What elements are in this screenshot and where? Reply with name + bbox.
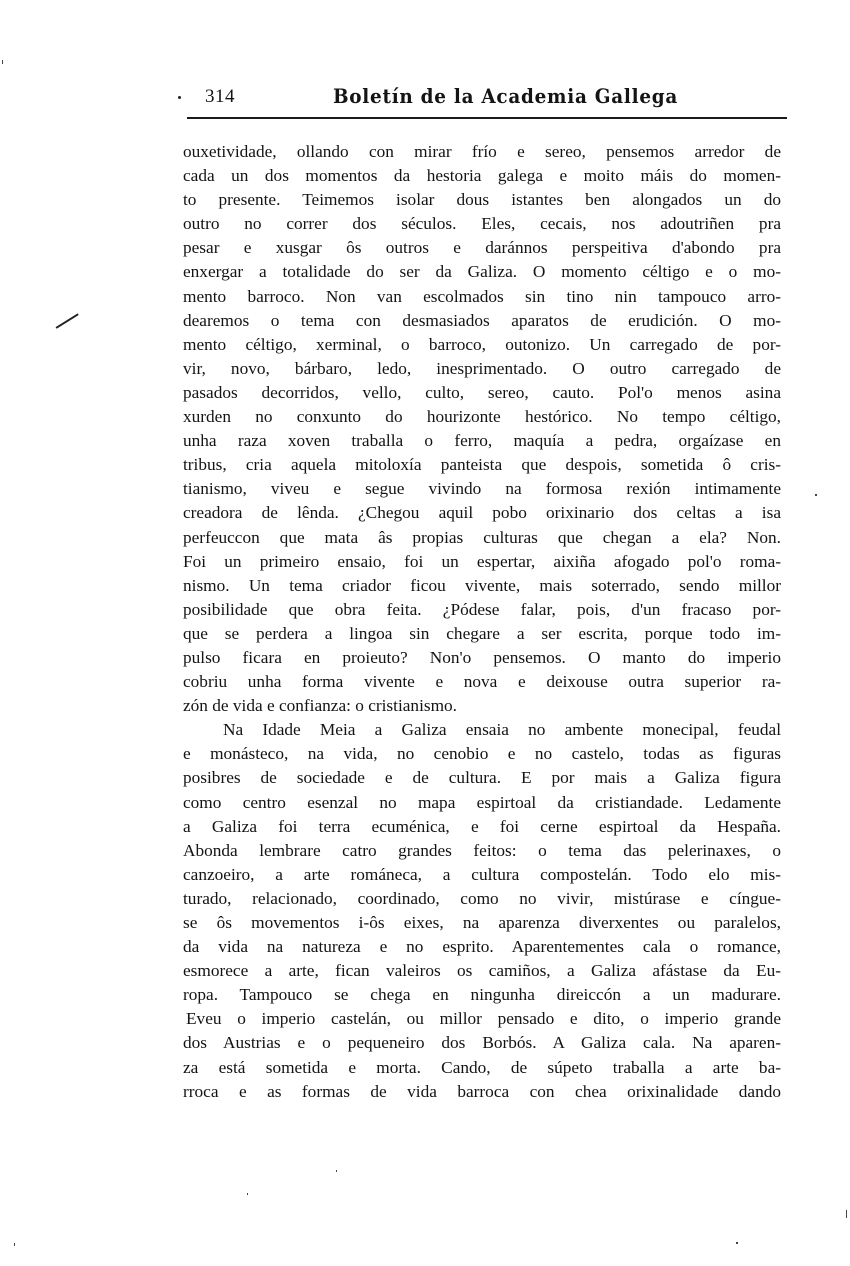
scan-speck bbox=[736, 1242, 738, 1244]
text-line: mento céltigo, xerminal, o barroco, outo… bbox=[183, 333, 781, 357]
scan-speck bbox=[2, 60, 3, 64]
scan-speck bbox=[14, 1243, 15, 1246]
text-line: dos Austrias e o pequeneiro dos Borbós. … bbox=[183, 1031, 781, 1055]
text-line: pesar e xusgar ôs outros e daránnos pers… bbox=[183, 236, 781, 260]
margin-pencil-mark bbox=[56, 313, 79, 328]
text-line: mento barroco. Non van escolmados sin ti… bbox=[183, 285, 781, 309]
page-number: 314 bbox=[205, 86, 235, 108]
text-line: canzoeiro, a arte románeca, a cultura co… bbox=[183, 863, 781, 887]
text-line: tianismo, viveu e segue vivindo na formo… bbox=[183, 477, 781, 501]
text-line: ropa. Tampouco se chega en ningunha dire… bbox=[183, 983, 781, 1007]
text-line: enxergar a totalidade do ser da Galiza. … bbox=[183, 260, 781, 284]
text-line: Eveu o imperio castelán, ou millor pensa… bbox=[183, 1007, 781, 1031]
text-line: ouxetividade, ollando con mirar frío e s… bbox=[183, 140, 781, 164]
running-title: Boletín de la Academia Gallega bbox=[333, 84, 678, 108]
text-line: Abonda lembrare catro grandes feitos: o … bbox=[183, 839, 781, 863]
text-line: da vida na natureza e no esprito. Aparen… bbox=[183, 935, 781, 959]
paragraph-end-line: zón de vida e confianza: o cristianismo. bbox=[183, 694, 781, 718]
text-line: pulso ficara en proieuto? Non'o pensemos… bbox=[183, 646, 781, 670]
text-line: a Galiza foi terra ecuménica, e foi cern… bbox=[183, 815, 781, 839]
scan-speck bbox=[815, 494, 817, 496]
margin-dot bbox=[178, 96, 181, 99]
text-line: esmorece a arte, fican valeiros os camiñ… bbox=[183, 959, 781, 983]
text-line: za está sometida e morta. Cando, de súpe… bbox=[183, 1056, 781, 1080]
text-line: outro no correr dos séculos. Eles, cecai… bbox=[183, 212, 781, 236]
body-text: ouxetividade, ollando con mirar frío e s… bbox=[183, 140, 781, 1104]
header-rule bbox=[187, 117, 787, 119]
text-line: turado, relacionado, coordinado, como no… bbox=[183, 887, 781, 911]
text-line: cada un dos momentos da hestoria galega … bbox=[183, 164, 781, 188]
text-line: nismo. Un tema criador ficou vivente, ma… bbox=[183, 574, 781, 598]
text-line: que se perdera a lingoa sin chegare a se… bbox=[183, 622, 781, 646]
text-line: perfeuccon que mata âs propias culturas … bbox=[183, 526, 781, 550]
text-line: vir, novo, bárbaro, ledo, inesprimentado… bbox=[183, 357, 781, 381]
text-line: posibres de sociedade e de cultura. E po… bbox=[183, 766, 781, 790]
text-line: pasados decorridos, vello, culto, sereo,… bbox=[183, 381, 781, 405]
text-line: to presente. Teimemos isolar dous istant… bbox=[183, 188, 781, 212]
scan-speck bbox=[846, 1210, 847, 1218]
text-line: xurden no conxunto do hourizonte hestóri… bbox=[183, 405, 781, 429]
text-line: creadora de lênda. ¿Chegou aquil pobo or… bbox=[183, 501, 781, 525]
text-line: cobriu unha forma vivente e nova e deixo… bbox=[183, 670, 781, 694]
text-line: Foi un primeiro ensaio, foi un espertar,… bbox=[183, 550, 781, 574]
paragraph-start-line: Na Idade Meia a Galiza ensaia no ambente… bbox=[183, 718, 781, 742]
text-line: rroca e as formas de vida barroca con ch… bbox=[183, 1080, 781, 1104]
text-line: posibilidade que obra feita. ¿Pódese fal… bbox=[183, 598, 781, 622]
text-line: como centro esenzal no mapa espirtoal da… bbox=[183, 791, 781, 815]
text-line: e monásteco, na vida, no cenobio e no ca… bbox=[183, 742, 781, 766]
scan-speck bbox=[336, 1170, 337, 1172]
text-line: dearemos o tema con desmasiados aparatos… bbox=[183, 309, 781, 333]
text-line: unha raza xoven traballa o ferro, maquía… bbox=[183, 429, 781, 453]
text-line: se ôs movementos i-ôs eixes, na aparenza… bbox=[183, 911, 781, 935]
text-line: tribus, cria aquela mitoloxía panteista … bbox=[183, 453, 781, 477]
scan-speck bbox=[247, 1193, 248, 1195]
